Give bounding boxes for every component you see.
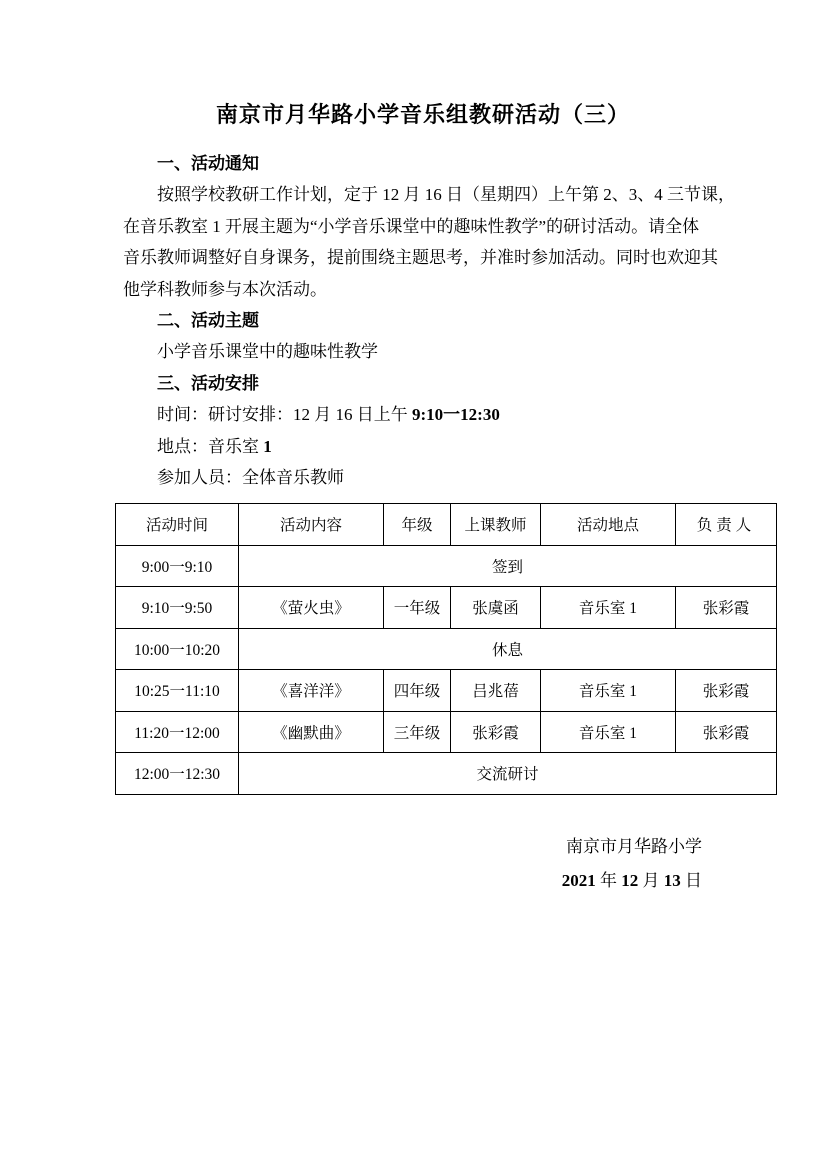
signature-block: 南京市月华路小学 2021 年 12 月 13 日 — [123, 830, 723, 898]
date-year-unit: 年 — [596, 871, 622, 890]
cell-teacher: 张虞函 — [451, 587, 541, 629]
cell-place: 音乐室 1 — [541, 711, 676, 753]
section-heading-notice: 一、活动通知 — [157, 148, 735, 179]
cell-time: 9:00一9:10 — [116, 545, 239, 587]
cell-time: 10:25一11:10 — [116, 670, 239, 712]
location-number: 1 — [263, 437, 272, 456]
time-range: 9:10一12:30 — [412, 405, 500, 424]
cell-content: 《幽默曲》 — [239, 711, 384, 753]
cell-lead: 张彩霞 — [676, 587, 777, 629]
notice-paragraph-line: 按照学校教研工作计划，定于 12 月 16 日（星期四）上午第 2、3、4 三节… — [123, 179, 735, 210]
cell-merged-activity: 交流研讨 — [239, 753, 777, 795]
signature-school: 南京市月华路小学 — [123, 830, 702, 864]
notice-paragraph-line: 音乐教师调整好自身课务，提前围绕主题思考，并准时参加活动。同时也欢迎其 — [123, 242, 735, 273]
table-row: 10:00一10:20 休息 — [116, 628, 777, 670]
cell-time: 10:00一10:20 — [116, 628, 239, 670]
column-header-teacher: 上课教师 — [451, 504, 541, 546]
cell-content: 《喜洋洋》 — [239, 670, 384, 712]
time-label: 时间：研讨安排：12 月 16 日上午 — [157, 405, 412, 424]
date-month: 12 — [621, 871, 638, 890]
cell-content: 《萤火虫》 — [239, 587, 384, 629]
column-header-place: 活动地点 — [541, 504, 676, 546]
cell-lead: 张彩霞 — [676, 711, 777, 753]
date-year: 2021 — [562, 871, 596, 890]
cell-place: 音乐室 1 — [541, 587, 676, 629]
date-day: 13 — [664, 871, 681, 890]
cell-lead: 张彩霞 — [676, 670, 777, 712]
cell-merged-activity: 签到 — [239, 545, 777, 587]
cell-teacher: 吕兆蓓 — [451, 670, 541, 712]
cell-grade: 四年级 — [384, 670, 451, 712]
arrangement-location-line: 地点：音乐室 1 — [157, 431, 735, 462]
cell-grade: 三年级 — [384, 711, 451, 753]
cell-merged-activity: 休息 — [239, 628, 777, 670]
cell-place: 音乐室 1 — [541, 670, 676, 712]
theme-text: 小学音乐课堂中的趣味性教学 — [157, 336, 735, 367]
document-body: 一、活动通知 按照学校教研工作计划，定于 12 月 16 日（星期四）上午第 2… — [123, 148, 735, 493]
arrangement-participants-line: 参加人员：全体音乐教师 — [157, 462, 735, 493]
activity-schedule-table: 活动时间 活动内容 年级 上课教师 活动地点 负责人 9:00一9:10 签到 … — [115, 503, 777, 795]
column-header-time: 活动时间 — [116, 504, 239, 546]
column-header-lead: 负责人 — [676, 504, 777, 546]
notice-paragraph-line: 他学科教师参与本次活动。 — [123, 274, 735, 305]
table-row: 12:00一12:30 交流研讨 — [116, 753, 777, 795]
column-header-grade: 年级 — [384, 504, 451, 546]
table-row: 11:20一12:00 《幽默曲》 三年级 张彩霞 音乐室 1 张彩霞 — [116, 711, 777, 753]
table-header-row: 活动时间 活动内容 年级 上课教师 活动地点 负责人 — [116, 504, 777, 546]
signature-date: 2021 年 12 月 13 日 — [123, 864, 702, 898]
cell-time: 9:10一9:50 — [116, 587, 239, 629]
cell-time: 12:00一12:30 — [116, 753, 239, 795]
page-title: 南京市月华路小学音乐组教研活动（三） — [123, 100, 723, 130]
date-month-unit: 月 — [638, 871, 664, 890]
cell-time: 11:20一12:00 — [116, 711, 239, 753]
table-row: 9:10一9:50 《萤火虫》 一年级 张虞函 音乐室 1 张彩霞 — [116, 587, 777, 629]
notice-paragraph-line: 在音乐教室 1 开展主题为“小学音乐课堂中的趣味性教学”的研讨活动。请全体 — [123, 211, 735, 242]
table-row: 10:25一11:10 《喜洋洋》 四年级 吕兆蓓 音乐室 1 张彩霞 — [116, 670, 777, 712]
section-heading-arrangement: 三、活动安排 — [157, 368, 735, 399]
document-page: 南京市月华路小学音乐组教研活动（三） 一、活动通知 按照学校教研工作计划，定于 … — [0, 0, 827, 1170]
arrangement-time-line: 时间：研讨安排：12 月 16 日上午 9:10一12:30 — [157, 399, 735, 430]
cell-grade: 一年级 — [384, 587, 451, 629]
table-row: 9:00一9:10 签到 — [116, 545, 777, 587]
location-label: 地点：音乐室 — [157, 437, 263, 456]
column-header-content: 活动内容 — [239, 504, 384, 546]
section-heading-theme: 二、活动主题 — [157, 305, 735, 336]
cell-teacher: 张彩霞 — [451, 711, 541, 753]
date-day-unit: 日 — [681, 871, 702, 890]
